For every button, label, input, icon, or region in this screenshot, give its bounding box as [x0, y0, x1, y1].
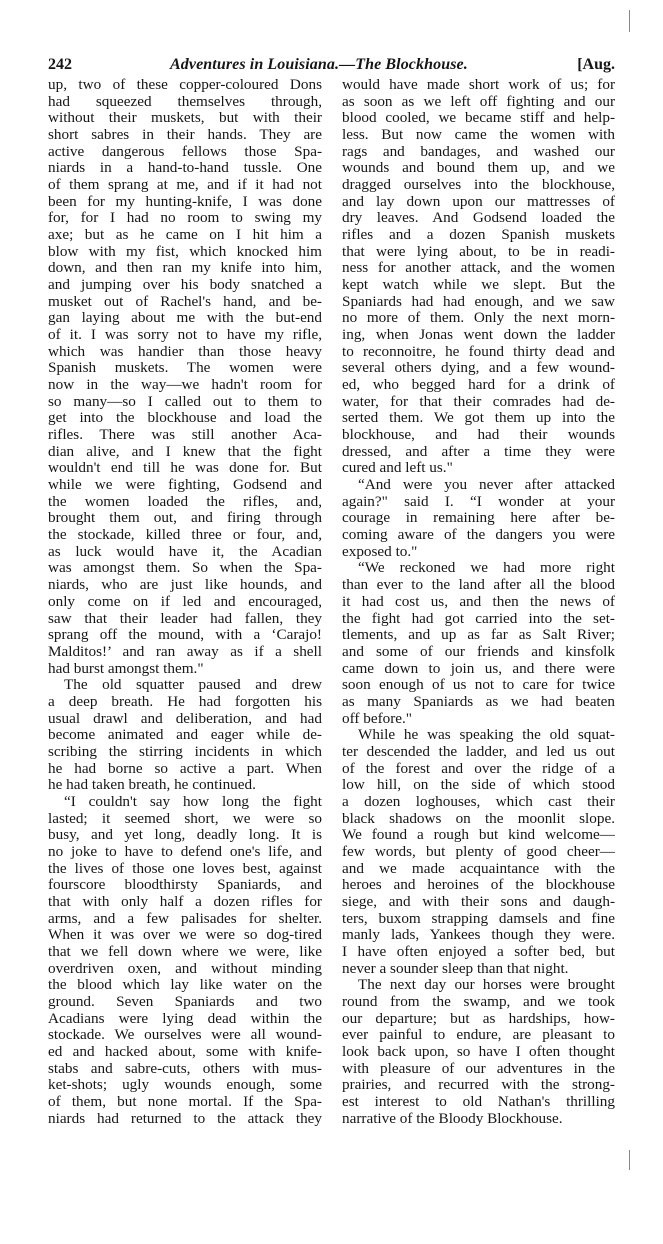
- text-line: few words, but plenty of good cheer—: [342, 844, 615, 861]
- text-line: brought them out, and firing through: [48, 510, 322, 527]
- text-line: a dozen loghouses, which cast their: [342, 794, 615, 811]
- text-line: dian alive, and I knew that the fight: [48, 444, 322, 461]
- left-text-column: up, two of these copper-coloured Donshad…: [48, 77, 322, 1127]
- text-line: ter descended the ladder, and led us out: [342, 744, 615, 761]
- text-line: and jumping over his body snatched a: [48, 277, 322, 294]
- text-line: Malditos!’ and ran away as if a shell: [48, 644, 322, 661]
- text-line: gan laying about me with the but-end: [48, 310, 322, 327]
- text-line: siege, and with their sons and daugh-: [342, 894, 615, 911]
- page-number: 242: [48, 56, 72, 74]
- text-line: up, two of these copper-coloured Dons: [48, 77, 322, 94]
- text-line: again?" said I. “I wonder at your: [342, 494, 615, 511]
- text-line: While he was speaking the old squat-: [342, 727, 615, 744]
- text-line: axe; but as he came on I hit him a: [48, 227, 322, 244]
- text-line: now in the way—we hadn't room for: [48, 377, 322, 394]
- text-line: blow with my fist, which knocked him: [48, 244, 322, 261]
- text-line: niards had returned to the attack they: [48, 1111, 322, 1128]
- text-line: blood cooled, we became stiff and help-: [342, 110, 615, 127]
- text-line: that were lying about, to be in readi-: [342, 244, 615, 261]
- text-line: round from the swamp, and we took: [342, 994, 615, 1011]
- text-line: tlements, and up as far as Salt River;: [342, 627, 615, 644]
- text-line: was amongst them. So when the Spa-: [48, 560, 322, 577]
- text-line: niards in a hand-to-hand tussle. One: [48, 160, 322, 177]
- text-line: The old squatter paused and drew: [48, 677, 322, 694]
- text-line: When it was over we were so dog-tired: [48, 927, 322, 944]
- text-line: rifles. There was still another Aca-: [48, 427, 322, 444]
- text-line: usual drawl and deliberation, and had: [48, 711, 322, 728]
- text-line: only come on if led and encouraged,: [48, 594, 322, 611]
- text-line: soon enough of us not to care for twice: [342, 677, 615, 694]
- text-line: stockade. We ourselves were all wound-: [48, 1027, 322, 1044]
- text-line: as many Spaniards as we had beaten: [342, 694, 615, 711]
- text-line: arms, and a few palisades for shelter.: [48, 911, 322, 928]
- text-line: ed and hacked about, some with knife-: [48, 1044, 322, 1061]
- text-line: active dangerous fellows those Spa-: [48, 144, 322, 161]
- text-line: ket-shots; ugly wounds enough, some: [48, 1077, 322, 1094]
- running-header: 242 Adventures in Louisiana.—The Blockho…: [48, 56, 615, 76]
- text-line: as soon as we left off fighting and our: [342, 94, 615, 111]
- text-line: cured and left us.": [342, 460, 615, 477]
- text-line: of them sprang at me, and if it had not: [48, 177, 322, 194]
- text-line: and lay down upon our mattresses of: [342, 194, 615, 211]
- text-line: “We reckoned we had more right: [342, 560, 615, 577]
- text-line: as luck would have it, the Acadian: [48, 544, 322, 561]
- text-line: coming aware of the dangers you were: [342, 527, 615, 544]
- text-line: came down to join us, and there were: [342, 661, 615, 678]
- text-line: Acadians were lying dead within the: [48, 1011, 322, 1028]
- text-line: would have made short work of us; for: [342, 77, 615, 94]
- text-line: the blood which lay like water on the: [48, 977, 322, 994]
- text-line: which was handier than those heavy: [48, 344, 322, 361]
- text-line: sprang off the mound, with a ‘Carajo!: [48, 627, 322, 644]
- text-line: niards, who are just like hounds, and: [48, 577, 322, 594]
- text-line: short sabres in their hands. They are: [48, 127, 322, 144]
- text-line: Spanish muskets. The women were: [48, 360, 322, 377]
- text-line: down, and then ran my knife into him,: [48, 260, 322, 277]
- text-line: the lives of those one loves best, again…: [48, 861, 322, 878]
- text-line: so many—so I called out to them to: [48, 394, 322, 411]
- text-line: low hill, on the side of which stood: [342, 777, 615, 794]
- text-line: to reconnoitre, he found thirty dead and: [342, 344, 615, 361]
- text-line: saw that their leader had fallen, they: [48, 611, 322, 628]
- text-line: and some of our friends and kinsfolk: [342, 644, 615, 661]
- text-line: We found a rough but kind welcome—: [342, 827, 615, 844]
- text-line: The next day our horses were brought: [342, 977, 615, 994]
- text-line: the stockade, killed three or four, and,: [48, 527, 322, 544]
- text-line: ed, who begged hard for a drink of: [342, 377, 615, 394]
- text-line: manly lads, Yankees though they were.: [342, 927, 615, 944]
- text-line: it had cost us, and then the news of: [342, 594, 615, 611]
- text-line: look back upon, so have I often thought: [342, 1044, 615, 1061]
- text-line: the women loaded the rifles, and,: [48, 494, 322, 511]
- text-line: never a sounder sleep than that night.: [342, 961, 615, 978]
- text-line: stabs and sabre-cuts, others with mus-: [48, 1061, 322, 1078]
- text-line: of the forest and over the ridge of a: [342, 761, 615, 778]
- text-line: had squeezed themselves through,: [48, 94, 322, 111]
- text-line: scribing the stirring incidents in which: [48, 744, 322, 761]
- text-line: exposed to.": [342, 544, 615, 561]
- text-line: black shadows on the moonlit slope.: [342, 811, 615, 828]
- text-line: no more of them. Only the next morn-: [342, 310, 615, 327]
- text-line: without their muskets, but with their: [48, 110, 322, 127]
- text-line: been for my hunting-knife, I was done: [48, 194, 322, 211]
- text-line: musket out of Rachel's hand, and be-: [48, 294, 322, 311]
- text-line: ness for another attack, and the women: [342, 260, 615, 277]
- text-line: become animated and eager while de-: [48, 727, 322, 744]
- text-line: serted them. We got them up into the: [342, 410, 615, 427]
- text-line: wouldn't end till he was done for. But: [48, 460, 322, 477]
- text-line: est interest to old Nathan's thrilling: [342, 1094, 615, 1111]
- text-line: ever painful to endure, are pleasant to: [342, 1027, 615, 1044]
- text-line: overdriven oxen, and without minding: [48, 961, 322, 978]
- text-line: fourscore bloodthirsty Spaniards, and: [48, 877, 322, 894]
- text-line: wounds and bound them up, and we: [342, 160, 615, 177]
- text-line: rifles and a dozen Spanish muskets: [342, 227, 615, 244]
- text-line: I have often enjoyed a softer bed, but: [342, 944, 615, 961]
- running-title: Adventures in Louisiana.—The Blockhouse.: [170, 56, 468, 74]
- text-line: several others dying, and a few wound-: [342, 360, 615, 377]
- text-line: ground. Seven Spaniards and two: [48, 994, 322, 1011]
- text-line: than ever to the land after all the bloo…: [342, 577, 615, 594]
- text-line: a deep breath. He had forgotten his: [48, 694, 322, 711]
- text-line: narrative of the Bloody Blockhouse.: [342, 1111, 615, 1128]
- text-line: “I couldn't say how long the fight: [48, 794, 322, 811]
- text-line: dressed, and after a time they were: [342, 444, 615, 461]
- text-line: ing, when Jonas went down the ladder: [342, 327, 615, 344]
- issue-month: [Aug.: [577, 56, 615, 74]
- text-line: dragged ourselves into the blockhouse,: [342, 177, 615, 194]
- scan-margin-mark: [629, 10, 630, 32]
- text-line: and we made acquaintance with the: [342, 861, 615, 878]
- text-line: of them, but none mortal. If the Spa-: [48, 1094, 322, 1111]
- text-line: the fight had got carried into the set-: [342, 611, 615, 628]
- text-line: no joke to have to defend one's life, an…: [48, 844, 322, 861]
- text-line: dry leaves. And Godsend loaded the: [342, 210, 615, 227]
- text-line: for, for I had no room to swing my: [48, 210, 322, 227]
- text-line: he had taken breath, he continued.: [48, 777, 322, 794]
- text-line: kept watch while we slept. But the: [342, 277, 615, 294]
- text-line: less. But now came the women with: [342, 127, 615, 144]
- text-line: off before.": [342, 711, 615, 728]
- text-line: rags and bandages, and washed our: [342, 144, 615, 161]
- text-line: busy, and yet long, deadly long. It is: [48, 827, 322, 844]
- text-line: of it. I was sorry not to have my rifle,: [48, 327, 322, 344]
- text-line: that with only half a dozen rifles for: [48, 894, 322, 911]
- text-line: that we fell down where we were, like: [48, 944, 322, 961]
- text-line: had burst amongst them.": [48, 661, 322, 678]
- text-line: blockhouse, and had their wounds: [342, 427, 615, 444]
- text-line: heroes and heroines of the blockhouse: [342, 877, 615, 894]
- text-line: courage in remaining here after be-: [342, 510, 615, 527]
- text-line: while we were fighting, Godsend and: [48, 477, 322, 494]
- text-line: our departure; but as hardships, how-: [342, 1011, 615, 1028]
- scan-margin-mark: [629, 1150, 630, 1170]
- text-line: prairies, and recurred with the strong-: [342, 1077, 615, 1094]
- text-line: Spaniards had had enough, and we saw: [342, 294, 615, 311]
- text-line: get into the blockhouse and load the: [48, 410, 322, 427]
- right-text-column: would have made short work of us; foras …: [342, 77, 615, 1127]
- text-line: water, for that their comrades had de-: [342, 394, 615, 411]
- text-line: ters, buxom strapping damsels and fine: [342, 911, 615, 928]
- text-line: “And were you never after attacked: [342, 477, 615, 494]
- text-line: he had borne so active a part. When: [48, 761, 322, 778]
- text-line: with pleasure of our adventures in the: [342, 1061, 615, 1078]
- text-line: lasted; it seemed short, we were so: [48, 811, 322, 828]
